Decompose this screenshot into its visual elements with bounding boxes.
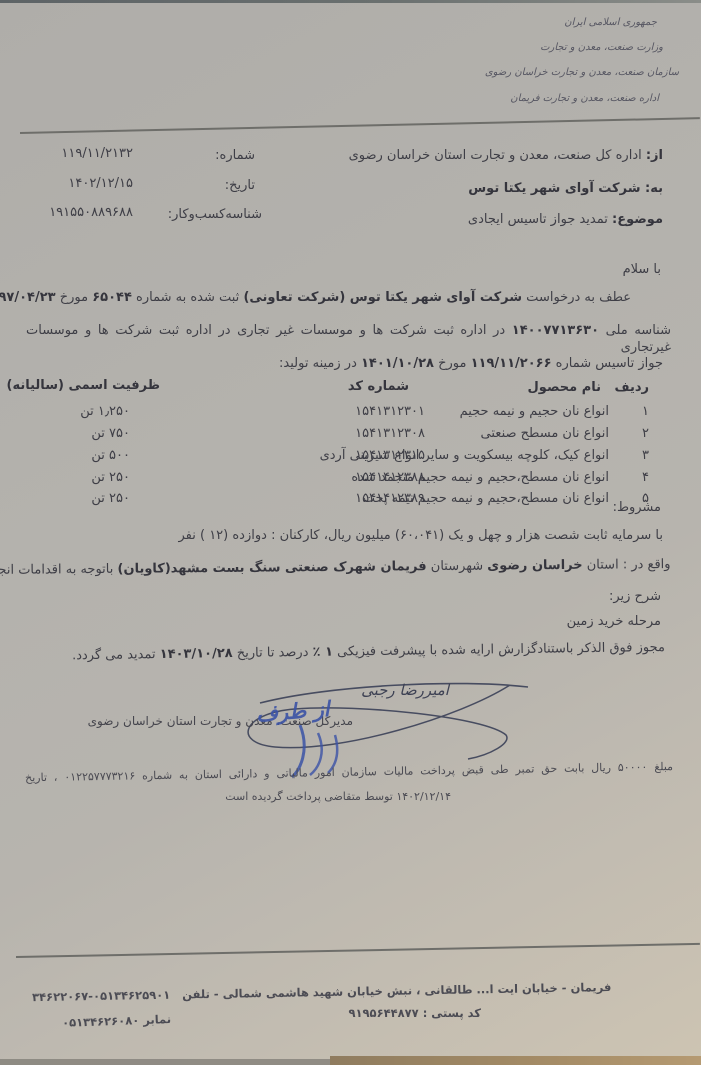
- p1-text: ثبت شده به شماره: [132, 290, 244, 305]
- date-label: تاریخ:: [225, 178, 255, 195]
- license-number: ۱۱۹/۱۱/۲۰۶۶: [471, 356, 552, 371]
- letterhead-organization: سازمان صنعت، معدن و تجارت خراسان رضوی: [485, 66, 679, 79]
- product-capacity: ۲۵۰ تن: [91, 470, 130, 485]
- stamp-on-behalf: از طرف: [255, 696, 330, 726]
- product-code: ۱۵۴۱۴۱۲۳۸۹: [355, 491, 425, 506]
- national-id: ۱۴۰۰۷۷۱۳۶۳۰: [512, 323, 599, 338]
- registration-number: ۶۵۰۴۴: [92, 290, 132, 305]
- from-value: اداره کل صنعت، معدن و تجارت استان خراسان…: [349, 148, 646, 163]
- p1-text: مورخ: [56, 290, 93, 305]
- number-value: ۱۱۹/۱۱/۲۱۳۲: [61, 146, 133, 163]
- salutation: با سلام: [623, 262, 661, 279]
- conditional-label: مشروط:: [613, 500, 661, 517]
- footer-fax-number: نمابر ۰۵۱۳۴۶۲۶۰۸۰: [62, 1012, 172, 1031]
- p1-text: عطف به درخواست: [522, 290, 631, 305]
- p2-text: شناسه ملی: [599, 323, 671, 338]
- to-label: به:: [645, 181, 663, 196]
- letterhead-ministry: وزارت صنعت، معدن و تجارت: [540, 41, 663, 54]
- p3-text: در زمینه تولید:: [279, 356, 361, 371]
- registration-date: ۱۳۹۷/۰۴/۲۳: [0, 290, 56, 305]
- province-name: خراسان رضوی: [488, 558, 583, 574]
- scan-edge-bottom-right: [330, 1056, 701, 1065]
- paragraph-line-2: شناسه ملی ۱۴۰۰۷۷۱۳۶۳۰ در اداره ثبت شرکت …: [26, 323, 671, 357]
- letterhead-department: اداره صنعت، معدن و تجارت فریمان: [510, 92, 659, 105]
- row-number: ۴: [642, 470, 649, 485]
- product-capacity: ۷۵۰ تن: [91, 426, 130, 441]
- table-row: ۵ انواع نان مسطح،حجیم و نیمه حجیم نیمه پ…: [0, 491, 701, 511]
- table-row: ۳ انواع کیک، کلوچه بیسکویت و سایر انواع …: [0, 448, 701, 468]
- table-row: ۴ انواع نان مسطح،حجیم و نیمه حجیم منجمد …: [0, 470, 701, 490]
- product-capacity: ۲۵۰ تن: [91, 491, 130, 506]
- product-capacity: ۱٫۲۵۰ تن: [80, 404, 130, 419]
- product-name: انواع نان حجیم و نیمه حجیم: [460, 404, 609, 419]
- location-text: باتوجه به اقدامات انجام شده به: [0, 562, 118, 579]
- product-code: ۱۵۴۱۳۱۲۳۱۵: [355, 448, 425, 463]
- scan-edge-bottom-left: [0, 1059, 345, 1065]
- product-code: ۱۵۴۱۳۱۲۳۰۸: [355, 426, 425, 441]
- industrial-town-name: فریمان شهرک صنعتی سنگ بست مشهد(کاویان): [118, 559, 427, 577]
- p3-text: مورخ: [434, 356, 471, 371]
- header-code-col: شماره کد: [348, 379, 409, 394]
- company-name: شرکت آوای شهر یکتا توس (شرکت تعاونی): [243, 290, 522, 305]
- header-name-col: نام محصول: [528, 380, 601, 395]
- to-value: شرکت آوای شهر یکتا توس: [468, 181, 645, 196]
- scanned-letter-page: جمهوری اسلامی ایران وزارت صنعت، معدن و ت…: [0, 0, 701, 1065]
- following-label: شرح زیر:: [609, 589, 661, 606]
- row-number: ۳: [642, 448, 649, 463]
- paragraph-line-3: جواز تاسیس شماره ۱۱۹/۱۱/۲۰۶۶ مورخ ۱۴۰۱/۱…: [279, 356, 663, 373]
- business-id-label: شناسه‌کسب‌وکار:: [168, 207, 262, 224]
- paragraph-line-1: عطف به درخواست شرکت آوای شهر یکتا توس (ش…: [0, 290, 631, 307]
- header-row-col: ردیف: [614, 380, 649, 395]
- date-value: ۱۴۰۲/۱۲/۱۵: [68, 176, 133, 193]
- footer-postal-code: کد پستی : ۹۱۹۵۶۴۴۸۷۷: [349, 1006, 482, 1021]
- number-label: شماره:: [215, 148, 255, 165]
- footer-divider: [16, 943, 700, 958]
- payment-note-line-2: ۱۴۰۲/۱۲/۱۴ توسط متقاضی پرداخت گردیده است: [225, 790, 451, 804]
- product-capacity: ۵۰۰ تن: [91, 448, 130, 463]
- subject-value: تمدید جواز تاسیس ایجادی: [468, 212, 612, 227]
- footer-phone-numbers: ۳۴۶۲۲۰۶۷-۰۵۱۳۴۶۲۵۹۰۱: [32, 988, 170, 1004]
- subject-line: موضوع: تمدید جواز تاسیس ایجادی: [468, 212, 663, 229]
- location-line: واقع در : استان خراسان رضوی شهرستان فریم…: [0, 557, 671, 580]
- from-line: از: اداره کل صنعت، معدن و تجارت استان خر…: [349, 148, 663, 165]
- row-number: ۱: [642, 404, 649, 419]
- subject-label: موضوع:: [612, 212, 663, 227]
- business-id-value: ۱۹۱۵۵۰۸۸۹۶۸۸: [49, 205, 133, 222]
- row-number: ۲: [642, 426, 649, 441]
- scan-edge-top: [0, 0, 701, 3]
- stage-line: مرحله خرید زمین: [567, 614, 661, 631]
- table-row: ۱ انواع نان حجیم و نیمه حجیم ۱۵۴۱۳۱۲۳۰۱ …: [0, 404, 701, 424]
- header-capacity-col: ظرفیت اسمی (سالیانه): [7, 378, 160, 393]
- footer-address: فریمان - خیابان ایت ا... طالقانی ، نبش خ…: [182, 980, 611, 1001]
- signer-name: امیررضا رجبی: [361, 681, 451, 699]
- from-label: از:: [646, 148, 663, 163]
- capital-line: با سرمایه ثابت شصت هزار و چهل و یک (۶۰،۰…: [178, 528, 663, 545]
- product-code: ۱۵۴۱۴۱۲۳۸۸: [355, 470, 425, 485]
- p3-text: جواز تاسیس شماره: [552, 356, 663, 371]
- location-text: شهرستان: [427, 559, 488, 575]
- product-code: ۱۵۴۱۳۱۲۳۰۱: [355, 404, 425, 419]
- product-name: انواع نان مسطح صنعتی: [481, 426, 609, 441]
- letterhead-country: جمهوری اسلامی ایران: [564, 16, 657, 29]
- to-line: به: شرکت آوای شهر یکتا توس: [468, 181, 663, 198]
- license-date: ۱۴۰۱/۱۰/۲۸: [361, 356, 434, 371]
- footer-address-line: فریمان - خیابان ایت ا... طالقانی ، نبش خ…: [32, 980, 612, 1005]
- table-row: ۲ انواع نان مسطح صنعتی ۱۵۴۱۳۱۲۳۰۸ ۷۵۰ تن: [0, 426, 701, 446]
- location-text: واقع در : استان: [583, 557, 671, 573]
- renewal-text: تمدید می گردد.: [72, 647, 160, 663]
- header-divider: [20, 117, 700, 133]
